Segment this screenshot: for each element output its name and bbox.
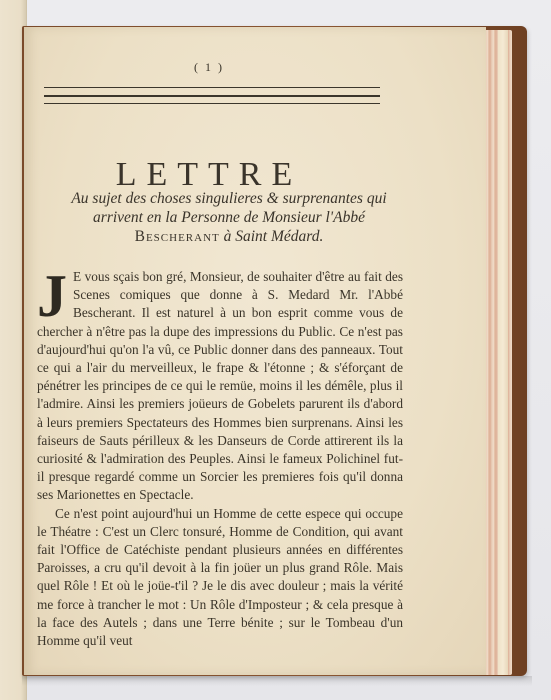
book-shadow	[22, 676, 532, 686]
header-rule-top	[44, 87, 380, 88]
subtitle-place: à Saint Médard.	[224, 228, 324, 245]
subtitle-italic: Au sujet des choses singulieres & surpre…	[71, 190, 386, 226]
subtitle-name: Bescherant	[135, 228, 220, 245]
paragraph-1-text: vous sçais bon gré, Monsieur, de souhait…	[37, 269, 403, 502]
paragraph-2: Ce n'est point aujourd'hui un Homme de c…	[37, 505, 403, 651]
paragraph-1: JE vous sçais bon gré, Monsieur, de souh…	[37, 268, 403, 505]
page-number: ( 1 )	[24, 60, 394, 75]
letter-body: JE vous sçais bon gré, Monsieur, de souh…	[37, 268, 403, 650]
book-page: ( 1 ) LETTRE Au sujet des choses singuli…	[24, 27, 486, 675]
header-rule-middle	[44, 95, 380, 97]
header-rule-bottom	[44, 103, 380, 104]
first-word-rest: E	[73, 269, 81, 284]
letter-subtitle: Au sujet des choses singulieres & surpre…	[64, 189, 394, 246]
drop-cap: J	[37, 270, 67, 322]
